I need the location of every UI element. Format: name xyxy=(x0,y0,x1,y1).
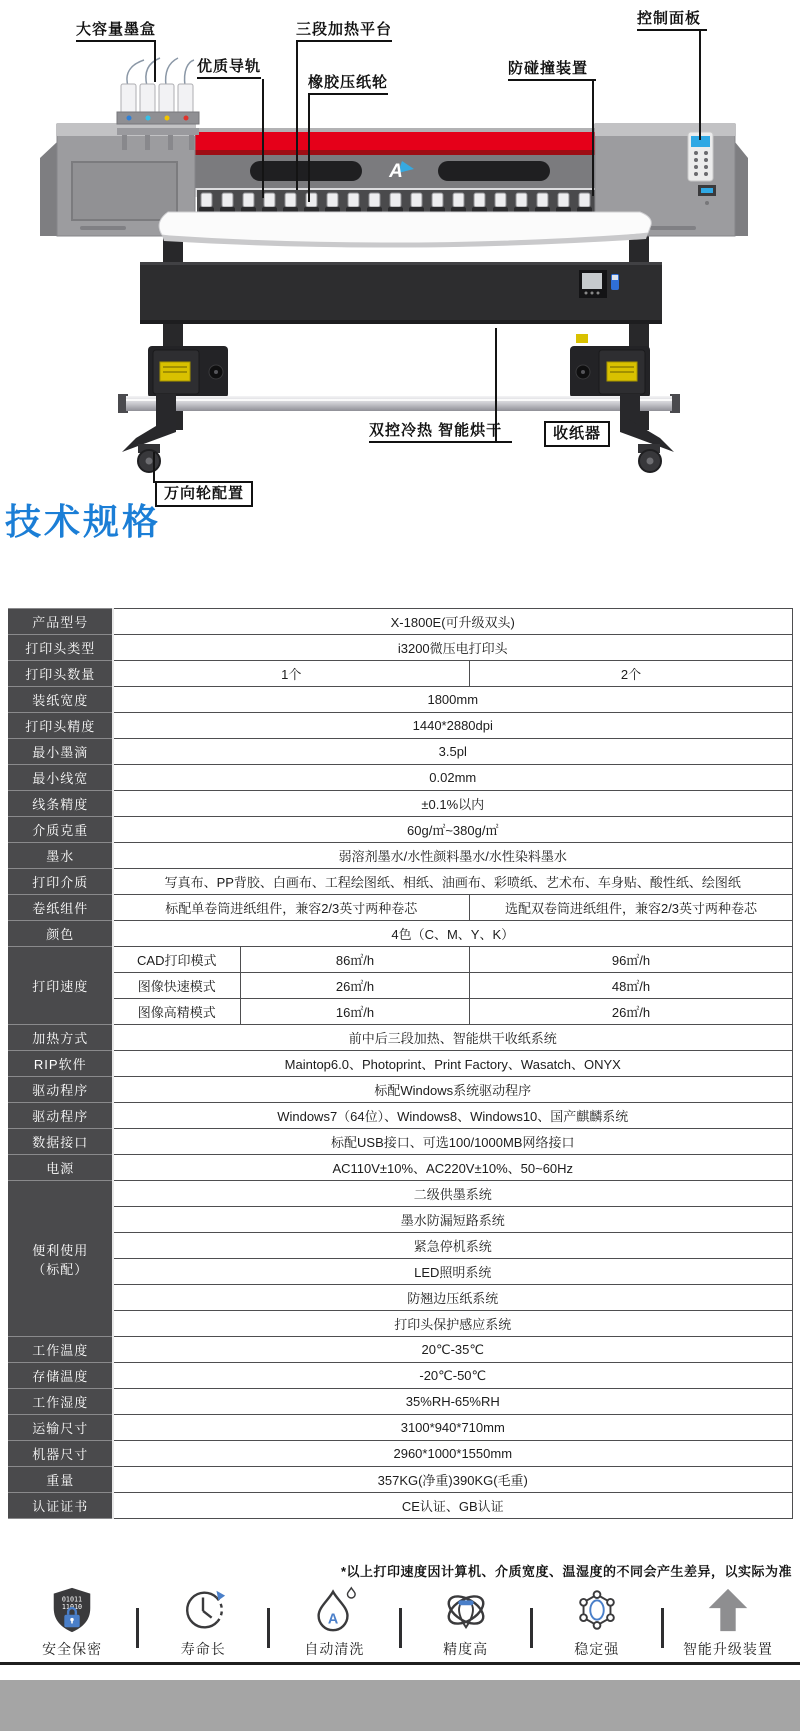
spec-label-cell: RIP软件 xyxy=(9,1051,113,1077)
spec-label-cell: 重量 xyxy=(9,1467,113,1493)
spec-value-cell: CE认证、GB认证 xyxy=(113,1493,793,1519)
spec-mode-cell: CAD打印模式 xyxy=(113,947,241,973)
spec-value-cell: 0.02mm xyxy=(113,765,793,791)
spec-value-cell: 96㎡/h xyxy=(470,947,793,973)
spec-row: 驱动程序标配Windows系统驱动程序 xyxy=(9,1077,793,1103)
spec-value-cell: 86㎡/h xyxy=(241,947,470,973)
spec-label-cell: 加热方式 xyxy=(9,1025,113,1051)
spec-value-cell: 60g/㎡~380g/㎡ xyxy=(113,817,793,843)
spec-value-cell: 1440*2880dpi xyxy=(113,713,793,739)
spec-row: 打印头精度1440*2880dpi xyxy=(9,713,793,739)
spec-value-cell: 弱溶剂墨水/水性颜料墨水/水性染料墨水 xyxy=(113,843,793,869)
spec-value-cell: Windows7（64位）、Windows8、Windows10、国产麒麟系统 xyxy=(113,1103,793,1129)
shield-binary-lock-icon: 01011 11010 xyxy=(46,1585,98,1635)
spec-label-cell: 电源 xyxy=(9,1155,113,1181)
spec-value-cell: 26㎡/h xyxy=(241,973,470,999)
spec-value-cell: 1个 xyxy=(113,661,470,687)
up-arrow-icon xyxy=(702,1585,754,1635)
callout-anti-collision: 防碰撞装置 xyxy=(508,60,596,81)
spec-row: 加热方式前中后三段加热、智能烘干收纸系统 xyxy=(9,1025,793,1051)
product-spec-page: A xyxy=(0,0,800,1731)
spec-mode-cell: 图像高精模式 xyxy=(113,999,241,1025)
spec-row: 墨水弱溶剂墨水/水性颜料墨水/水性染料墨水 xyxy=(9,843,793,869)
spec-row: 重量357KG(净重)390KG(毛重) xyxy=(9,1467,793,1493)
spec-row: 线条精度±0.1%以内 xyxy=(9,791,793,817)
spec-label-cell: 驱动程序 xyxy=(9,1103,113,1129)
spec-row: 打印头数量1个2个 xyxy=(9,661,793,687)
spec-value-cell: Maintop6.0、Photoprint、Print Factory、Wasa… xyxy=(113,1051,793,1077)
spec-label-cell: 线条精度 xyxy=(9,791,113,817)
spec-value-cell: 前中后三段加热、智能烘干收纸系统 xyxy=(113,1025,793,1051)
spec-label-cell: 便利使用 （标配） xyxy=(9,1181,113,1337)
spec-value-cell: 1800mm xyxy=(113,687,793,713)
spec-value-cell: 2960*1000*1550mm xyxy=(113,1441,793,1467)
feature-upgrade: 智能升级装置 xyxy=(664,1583,792,1659)
callout-press-wheel: 橡胶压纸轮 xyxy=(308,74,388,95)
spec-value-cell: 紧急停机系统 xyxy=(113,1233,793,1259)
spec-row: 机器尺寸2960*1000*1550mm xyxy=(9,1441,793,1467)
spec-label-cell: 打印速度 xyxy=(9,947,113,1025)
spec-label-cell: 卷纸组件 xyxy=(9,895,113,921)
feature-label: 自动清洗 xyxy=(304,1639,364,1659)
speed-footnote: *以上打印速度因计算机、介质宽度、温湿度的不同会产生差异，以实际为准 xyxy=(341,1561,792,1580)
spec-label-cell: 机器尺寸 xyxy=(9,1441,113,1467)
feature-label: 精度高 xyxy=(443,1639,488,1659)
spec-label-cell: 装纸宽度 xyxy=(9,687,113,713)
spec-table: 产品型号X-1800E(可升级双头)打印头类型i3200微压电打印头打印头数量1… xyxy=(8,608,793,1519)
callout-lines xyxy=(154,31,700,483)
spec-label-cell: 打印介质 xyxy=(9,869,113,895)
spec-row: 产品型号X-1800E(可升级双头) xyxy=(9,609,793,635)
feature-auto-clean: A 自动清洗 xyxy=(270,1583,398,1659)
spec-value-cell: 标配Windows系统驱动程序 xyxy=(113,1077,793,1103)
spec-row: 最小线宽0.02mm xyxy=(9,765,793,791)
callout-take-up: 收纸器 xyxy=(544,421,610,447)
atom-shield-icon xyxy=(440,1585,492,1635)
spec-value-cell: ±0.1%以内 xyxy=(113,791,793,817)
spec-value-cell: 48㎡/h xyxy=(470,973,793,999)
spec-row: 介质克重60g/㎡~380g/㎡ xyxy=(9,817,793,843)
footer-band xyxy=(0,1680,800,1731)
vent-slot-right xyxy=(438,161,550,181)
feature-strip: 01011 11010 安全保密 寿命长 A xyxy=(8,1583,792,1659)
spec-value-cell: 写真布、PP背胶、白画布、工程绘图纸、相纸、油画布、彩喷纸、艺术布、车身贴、酸性… xyxy=(113,869,793,895)
spec-label-cell: 打印头数量 xyxy=(9,661,113,687)
spec-value-cell: LED照明系统 xyxy=(113,1259,793,1285)
svg-text:A: A xyxy=(328,1611,339,1627)
page-title: 技术规格 xyxy=(5,494,161,545)
callout-heating: 三段加热平台 xyxy=(296,21,392,42)
spec-value-cell: 标配单卷筒进纸组件，兼容2/3英寸两种卷芯 xyxy=(113,895,470,921)
spec-value-cell: 16㎡/h xyxy=(241,999,470,1025)
spec-label-cell: 数据接口 xyxy=(9,1129,113,1155)
spec-label-cell: 打印头精度 xyxy=(9,713,113,739)
spec-label-cell: 墨水 xyxy=(9,843,113,869)
spec-row: 墨水防漏短路系统 xyxy=(9,1207,793,1233)
spec-value-cell: 墨水防漏短路系统 xyxy=(113,1207,793,1233)
spec-value-cell: 20℃-35℃ xyxy=(113,1337,793,1363)
spec-row: RIP软件Maintop6.0、Photoprint、Print Factory… xyxy=(9,1051,793,1077)
feature-security: 01011 11010 安全保密 xyxy=(8,1583,136,1659)
svg-text:A: A xyxy=(388,161,403,182)
spec-value-cell: 打印头保护感应系统 xyxy=(113,1311,793,1337)
callout-rail: 优质导轨 xyxy=(197,58,261,79)
spec-label-cell: 颜色 xyxy=(9,921,113,947)
feature-longevity: 寿命长 xyxy=(139,1583,267,1659)
printer-diagram: A xyxy=(0,0,800,500)
spec-value-cell: 357KG(净重)390KG(毛重) xyxy=(113,1467,793,1493)
spec-value-cell: 4色（C、M、Y、K） xyxy=(113,921,793,947)
water-drop-icon: A xyxy=(308,1585,360,1635)
spec-row: 运输尺寸3100*940*710mm xyxy=(9,1415,793,1441)
spec-row: 图像高精模式16㎡/h26㎡/h xyxy=(9,999,793,1025)
spec-row: 最小墨滴3.5pl xyxy=(9,739,793,765)
spec-row: 打印头保护感应系统 xyxy=(9,1311,793,1337)
spec-row: 工作湿度35%RH-65%RH xyxy=(9,1389,793,1415)
take-up-motor-left xyxy=(148,346,228,398)
spec-value-cell: 35%RH-65%RH xyxy=(113,1389,793,1415)
pressure-wheels xyxy=(197,190,618,214)
vent-slot-left xyxy=(250,161,362,181)
spec-label-cell: 工作湿度 xyxy=(9,1389,113,1415)
spec-value-cell: -20℃-50℃ xyxy=(113,1363,793,1389)
spec-value-cell: 2个 xyxy=(470,661,793,687)
spec-mode-cell: 图像快速模式 xyxy=(113,973,241,999)
spec-value-cell: 选配双卷筒进纸组件，兼容2/3英寸两种卷芯 xyxy=(470,895,793,921)
feature-label: 智能升级装置 xyxy=(683,1639,773,1659)
spec-label-cell: 驱动程序 xyxy=(9,1077,113,1103)
callout-ink-cartridge: 大容量墨盒 xyxy=(76,21,156,42)
spec-row: 图像快速模式26㎡/h48㎡/h xyxy=(9,973,793,999)
spec-value-cell: 二级供墨系统 xyxy=(113,1181,793,1207)
spec-value-cell: 防翘边压纸系统 xyxy=(113,1285,793,1311)
spec-label-cell: 存储温度 xyxy=(9,1363,113,1389)
callout-caster: 万向轮配置 xyxy=(155,481,253,507)
spec-row: 防翘边压纸系统 xyxy=(9,1285,793,1311)
spec-label-cell: 产品型号 xyxy=(9,609,113,635)
spec-table-body: 产品型号X-1800E(可升级双头)打印头类型i3200微压电打印头打印头数量1… xyxy=(9,609,793,1519)
spec-label-cell: 最小墨滴 xyxy=(9,739,113,765)
spec-label-cell: 介质克重 xyxy=(9,817,113,843)
spec-row: 紧急停机系统 xyxy=(9,1233,793,1259)
spec-label-cell: 最小线宽 xyxy=(9,765,113,791)
spec-row: 电源AC110V±10%、AC220V±10%、50~60Hz xyxy=(9,1155,793,1181)
callout-smart-dry: 双控冷热 智能烘干 xyxy=(369,422,512,443)
spec-row: 数据接口标配USB接口、可选100/1000MB网络接口 xyxy=(9,1129,793,1155)
spec-row: 便利使用 （标配）二级供墨系统 xyxy=(9,1181,793,1207)
spec-row: 装纸宽度1800mm xyxy=(9,687,793,713)
spec-row: 打印速度CAD打印模式86㎡/h96㎡/h xyxy=(9,947,793,973)
spec-label-cell: 运输尺寸 xyxy=(9,1415,113,1441)
spec-row: 存储温度-20℃-50℃ xyxy=(9,1363,793,1389)
spec-value-cell: 3100*940*710mm xyxy=(113,1415,793,1441)
feature-label: 安全保密 xyxy=(42,1639,102,1659)
spec-row: 打印头类型i3200微压电打印头 xyxy=(9,635,793,661)
spec-row: LED照明系统 xyxy=(9,1259,793,1285)
spec-row: 颜色4色（C、M、Y、K） xyxy=(9,921,793,947)
spec-value-cell: i3200微压电打印头 xyxy=(113,635,793,661)
spec-value-cell: 标配USB接口、可选100/1000MB网络接口 xyxy=(113,1129,793,1155)
spec-value-cell: AC110V±10%、AC220V±10%、50~60Hz xyxy=(113,1155,793,1181)
spec-label-cell: 认证证书 xyxy=(9,1493,113,1519)
spec-row: 驱动程序Windows7（64位）、Windows8、Windows10、国产麒… xyxy=(9,1103,793,1129)
bottom-divider xyxy=(0,1662,800,1665)
feature-label: 稳定强 xyxy=(574,1639,619,1659)
spec-row: 工作温度20℃-35℃ xyxy=(9,1337,793,1363)
spec-row: 认证证书CE认证、GB认证 xyxy=(9,1493,793,1519)
spec-value-cell: 26㎡/h xyxy=(470,999,793,1025)
callout-control-panel: 控制面板 xyxy=(637,10,707,31)
feature-label: 寿命长 xyxy=(181,1639,226,1659)
spec-value-cell: X-1800E(可升级双头) xyxy=(113,609,793,635)
feature-stability: 稳定强 xyxy=(533,1583,661,1659)
molecule-icon xyxy=(571,1585,623,1635)
spec-label-cell: 工作温度 xyxy=(9,1337,113,1363)
spec-row: 卷纸组件标配单卷筒进纸组件，兼容2/3英寸两种卷芯选配双卷筒进纸组件，兼容2/3… xyxy=(9,895,793,921)
clock-icon xyxy=(177,1585,229,1635)
spec-label-cell: 打印头类型 xyxy=(9,635,113,661)
feature-precision: 精度高 xyxy=(402,1583,530,1659)
stand-beam xyxy=(140,262,662,324)
spec-row: 打印介质写真布、PP背胶、白画布、工程绘图纸、相纸、油画布、彩喷纸、艺术布、车身… xyxy=(9,869,793,895)
spec-value-cell: 3.5pl xyxy=(113,739,793,765)
take-up-roller xyxy=(118,394,680,413)
